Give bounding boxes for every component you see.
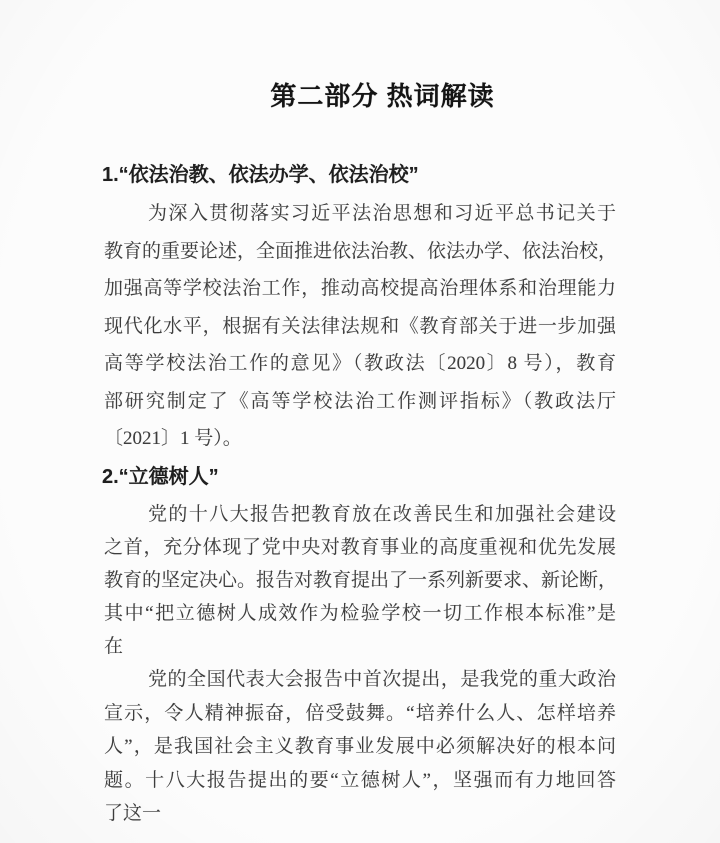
section-1-heading: 1.“依法治教、依法办学、依法治校”: [102, 161, 618, 189]
text-line: 之首，充分体现了党中央对教育事业的高度重视和优先发展: [104, 531, 616, 564]
text-line: 现代化水平，根据有关法律法规和《教育部关于进一步加强: [104, 308, 616, 346]
text-line: 党的全国代表大会报告中首次提出，是我党的重大政治: [104, 663, 616, 697]
text-line: 〔2021〕1 号）。: [104, 420, 616, 458]
document-page: 第二部分 热词解读 1.“依法治教、依法办学、依法治校” 为深入贯彻落实习近平法…: [0, 0, 720, 843]
section-2-heading: 2.“立德树人”: [102, 463, 618, 491]
text-line: 题。十八大报告提出的要“立德树人”，坚强而有力地回答: [104, 764, 616, 798]
text-line: 教育的重要论述，全面推进依法治教、依法办学、依法治校，: [104, 233, 616, 271]
text-line: 为深入贯彻落实习近平法治思想和习近平总书记关于: [104, 195, 616, 233]
text-line: 高等学校法治工作的意见》（教政法〔2020〕8 号），教育: [104, 345, 616, 383]
section-2-paragraph-2: 党的全国代表大会报告中首次提出，是我党的重大政治 宣示，令人精神振奋，倍受鼓舞。…: [104, 663, 616, 831]
section-2-paragraph-1: 党的十八大报告把教育放在改善民生和加强社会建设 之首，充分体现了党中央对教育事业…: [104, 498, 616, 663]
text-line: 教育的坚定决心。报告对教育提出了一系列新要求、新论断，: [104, 564, 616, 597]
text-line: 在: [104, 630, 616, 663]
text-line: 加强高等学校法治工作，推动高校提高治理体系和治理能力: [104, 270, 616, 308]
text-line: 宣示，令人精神振奋，倍受鼓舞。“培养什么人、怎样培养: [104, 697, 616, 731]
text-line: 人”，是我国社会主义教育事业发展中必须解决好的根本问: [104, 730, 616, 764]
text-line: 党的十八大报告把教育放在改善民生和加强社会建设: [104, 498, 616, 531]
section-1-paragraph-1: 为深入贯彻落实习近平法治思想和习近平总书记关于 教育的重要论述，全面推进依法治教…: [104, 195, 616, 458]
page-title: 第二部分 热词解读: [0, 78, 720, 114]
text-line: 其中“把立德树人成效作为检验学校一切工作根本标准”是: [104, 597, 616, 630]
text-line: 了这一: [104, 797, 616, 831]
text-line: 部研究制定了《高等学校法治工作测评指标》（教政法厅: [104, 383, 616, 421]
